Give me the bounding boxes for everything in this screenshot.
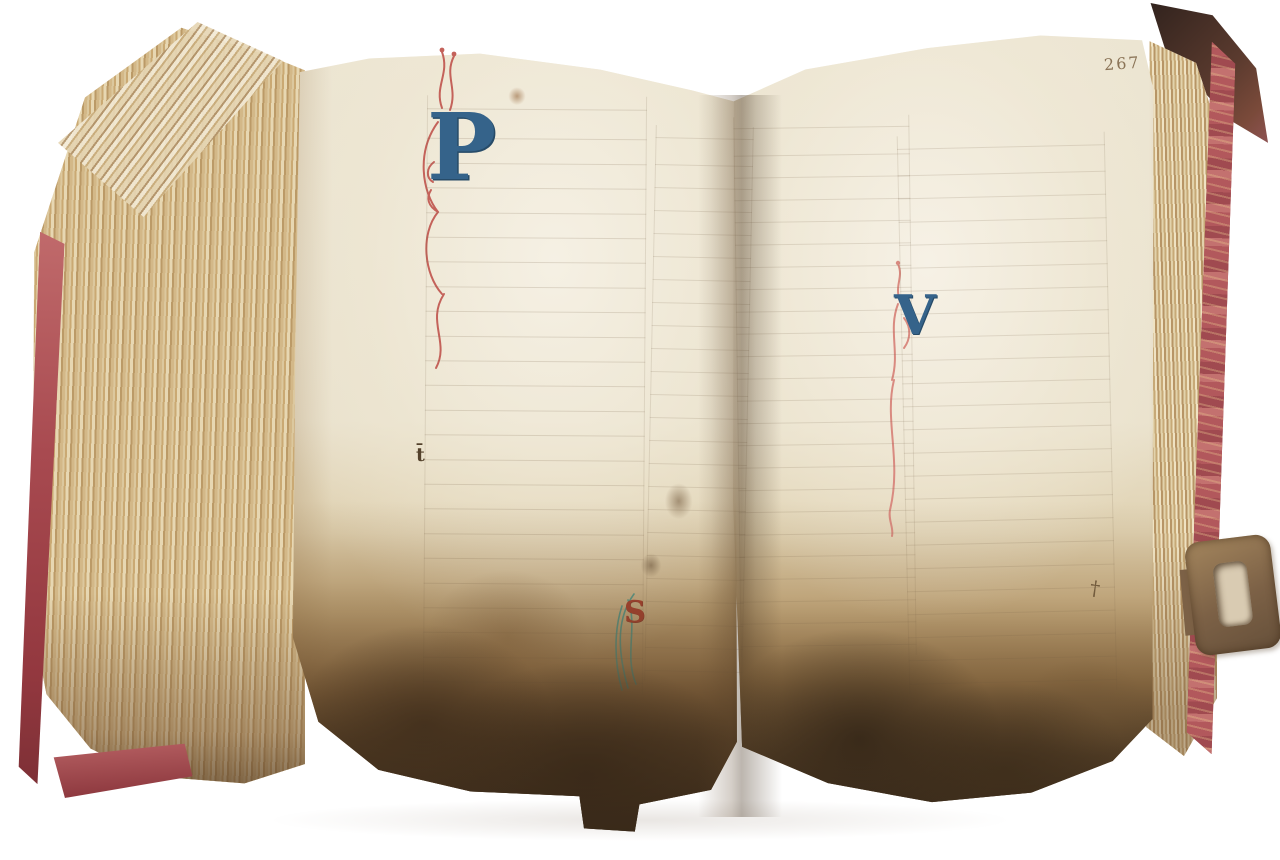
- leather-clasp-strap: [1183, 533, 1280, 657]
- manuscript-text-line: dracōnē de quo supra dic: [898, 135, 947, 159]
- illuminated-initial-p: P: [427, 104, 496, 190]
- right-page-outer-column: deum occultū: hominē manifestum. R̄ Hone…: [897, 132, 1118, 695]
- folio-number: 267: [1103, 53, 1141, 75]
- manuscript-text-line: crat' mouet' attib3: [656, 125, 684, 149]
- text-segment-ink: dracōnē de quo supra dic: [946, 135, 947, 158]
- ornamented-initial-s: S: [624, 598, 646, 628]
- margin-mark-left: t̄: [416, 444, 425, 466]
- photograph-canvas: ugnauit leo. iij.ecclesia prioribustempo…: [0, 0, 1280, 860]
- illuminated-initial-v: V: [894, 288, 936, 342]
- right-page-inner-column: rora uita. infecta morte. 7degluttita mo…: [733, 115, 917, 657]
